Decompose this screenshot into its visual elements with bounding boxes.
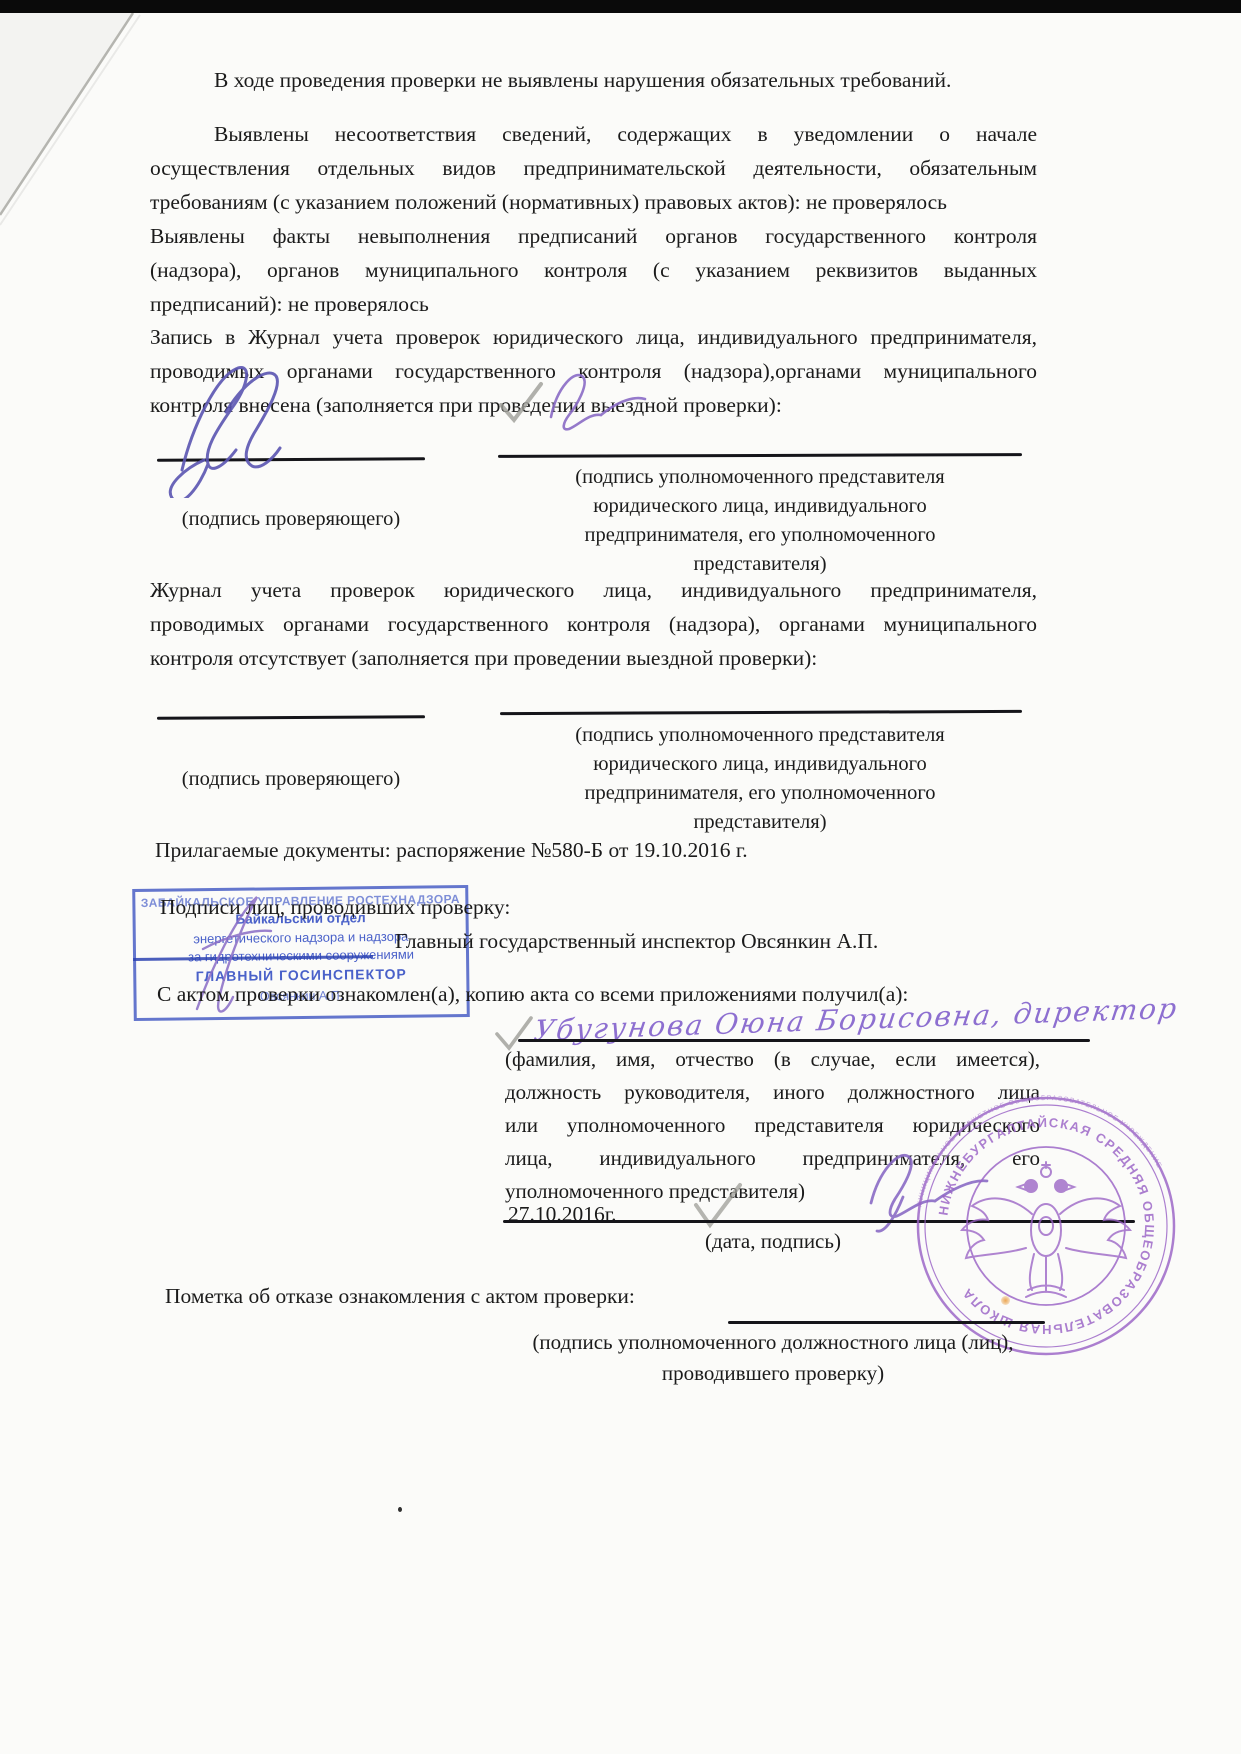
chief-inspector-text: Главный государственный инспектор Овсянк…	[395, 924, 1095, 958]
caption-line: юридического лица, индивидуального	[520, 492, 1000, 521]
representative-signature-line	[498, 453, 1022, 458]
discrepancies-paragraph: Выявлены несоответствия сведений, содерж…	[150, 117, 1037, 219]
caption-line: (подпись проверяющего)	[157, 505, 425, 534]
attached-documents-line: Прилагаемые документы: распоряжение №580…	[155, 833, 1042, 867]
paragraph-line: проводимых органами государственного кон…	[150, 607, 1037, 641]
caption-line: предпринимателя, его уполномоченного	[520, 521, 1000, 550]
inspector-signature-ink	[160, 358, 340, 498]
prescriptions-paragraph: Выявлены факты невыполнения предписаний …	[150, 219, 1037, 321]
caption-line: проводившего проверку)	[503, 1358, 1043, 1389]
paragraph-line: Запись в Журнал учета проверок юридическ…	[150, 320, 1037, 354]
scanned-inspection-act-page: { "doc": { "title": "В ходе проведения п…	[0, 0, 1241, 1754]
name-underline	[518, 1039, 1090, 1042]
result-statement-block: В ходе проведения проверки не выявлены н…	[150, 63, 1037, 97]
caption-refusal-signature: (подпись уполномоченного должностного ли…	[503, 1327, 1043, 1389]
caption-inspector-signature: (подпись проверяющего)	[157, 505, 425, 534]
orange-dot-artifact	[1001, 1296, 1010, 1305]
scan-edge-top	[0, 0, 1241, 13]
paragraph-line: Выявлены несоответствия сведений, содерж…	[150, 117, 1037, 151]
caption-line: (подпись проверяющего)	[157, 765, 425, 794]
refusal-signature-line	[728, 1321, 1045, 1324]
chief-inspector-line: Главный государственный инспектор Овсянк…	[395, 924, 1095, 958]
caption-line: (подпись уполномоченного должностного ли…	[503, 1327, 1043, 1358]
caption-representative-signature-2: (подпись уполномоченного представителя ю…	[520, 721, 1000, 837]
paragraph-line: предписаний): не проверялось	[150, 287, 1037, 321]
caption-line: (подпись уполномоченного представителя	[520, 721, 1000, 750]
double-eagle-emblem	[962, 1162, 1130, 1297]
refusal-heading-text: Пометка об отказе ознакомления с актом п…	[165, 1279, 1045, 1313]
document-page: В ходе проведения проверки не выявлены н…	[0, 13, 1241, 1754]
signatures-heading-text: Подписи лиц, проводивших проверку:	[160, 890, 1040, 924]
paragraph-line: (надзора), органов муниципального контро…	[150, 253, 1037, 287]
caption-line: (подпись уполномоченного представителя	[520, 463, 1000, 492]
paragraph-line: контроля отсутствует (заполняется при пр…	[150, 641, 1037, 675]
signatures-heading: Подписи лиц, проводивших проверку:	[160, 890, 1040, 924]
result-statement: В ходе проведения проверки не выявлены н…	[150, 63, 1037, 97]
official-stamp-round: НИЖНЕБУРГАЛТАЙСКАЯ СРЕДНЯЯ ОБЩЕОБРАЗОВАТ…	[905, 1085, 1187, 1367]
refusal-heading: Пометка об отказе ознакомления с актом п…	[165, 1279, 1045, 1313]
representative-signature-ink	[495, 363, 665, 443]
caption-inspector-signature-2: (подпись проверяющего)	[157, 765, 425, 794]
paragraph-line: осуществления отдельных видов предприним…	[150, 151, 1037, 185]
caption-line: юридического лица, индивидуального	[520, 750, 1000, 779]
ink-speck-artifact	[398, 1507, 402, 1512]
page-corner-fold	[0, 13, 160, 243]
paragraph-line: Журнал учета проверок юридического лица,…	[150, 573, 1037, 607]
caption-representative-signature: (подпись уполномоченного представителя ю…	[520, 463, 1000, 579]
caption-line: предпринимателя, его уполномоченного	[520, 779, 1000, 808]
paragraph-line: Выявлены факты невыполнения предписаний …	[150, 219, 1037, 253]
inspector-signature-line-2	[157, 715, 425, 719]
journal-absent-paragraph: Журнал учета проверок юридического лица,…	[150, 573, 1037, 675]
attached-documents-text: Прилагаемые документы: распоряжение №580…	[155, 833, 1042, 867]
caption-line: (фамилия, имя, отчество (в случае, если …	[505, 1043, 1040, 1076]
paragraph-line: требованиям (с указанием положений (норм…	[150, 185, 1037, 219]
representative-signature-line-2	[500, 710, 1022, 715]
